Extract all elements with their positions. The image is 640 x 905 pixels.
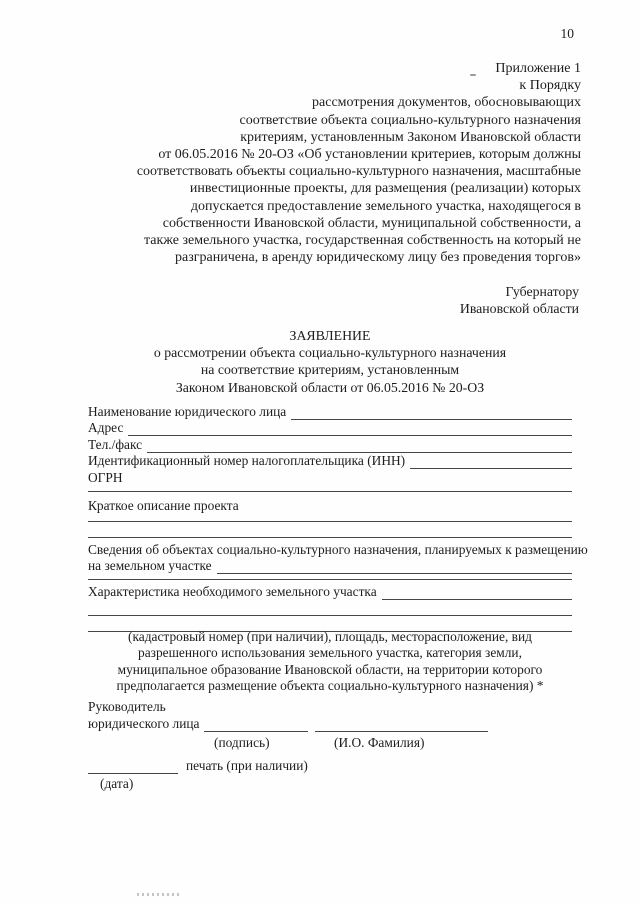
appendix-line: Приложение 1: [21, 60, 581, 77]
blank-line: [88, 579, 572, 580]
date-stamp-block: печать (при наличии) (дата): [88, 758, 308, 792]
blank-line: [291, 419, 572, 420]
signature-captions: (подпись) (И.О. Фамилия): [88, 735, 488, 752]
addressee-block: Губернатору Ивановской области: [460, 283, 579, 317]
field-address-row: Адрес: [88, 420, 572, 437]
field-objects-info-row: Сведения об объектах социально-культурно…: [88, 541, 572, 558]
page-number: 10: [561, 26, 575, 42]
field-description-label: Краткое описание проекта: [88, 498, 239, 514]
blank-line: [88, 537, 572, 538]
date-caption: (дата): [100, 776, 308, 792]
field-objects-info-label: Сведения об объектах социально-культурно…: [88, 542, 588, 558]
appendix-line: собственности Ивановской области, муници…: [21, 215, 581, 232]
field-inn-label: Идентификационный номер налогоплательщик…: [88, 453, 405, 469]
blank-line: [204, 731, 307, 732]
appendix-line: инвестиционные проекты, для размещения (…: [21, 180, 581, 197]
signature-head-label-cont: юридического лица: [88, 716, 199, 732]
appendix-line: рассмотрения документов, обосновывающих: [21, 94, 581, 111]
field-inn-row: Идентификационный номер налогоплательщик…: [88, 453, 572, 470]
blank-line: [88, 491, 572, 492]
signature-head-label: Руководитель: [88, 699, 488, 716]
field-phone-row: Тел./факс: [88, 436, 572, 453]
statement-title-block: ЗАЯВЛЕНИЕ о рассмотрении объекта социаль…: [88, 327, 572, 396]
blank-line: [128, 435, 572, 436]
signature-caption: (подпись): [214, 735, 270, 751]
blank-line: [382, 599, 572, 600]
statement-subtitle: на соответствие критериям, установленным: [88, 361, 572, 378]
appendix-line: критериям, установленным Законом Ивановс…: [21, 129, 581, 146]
field-land-characteristics-row: Характеристика необходимого земельного у…: [88, 583, 572, 600]
field-phone-label: Тел./факс: [88, 437, 142, 453]
field-org-name-label: Наименование юридического лица: [88, 404, 286, 420]
blank-line: [88, 615, 572, 616]
field-address-label: Адрес: [88, 420, 123, 436]
footnote-line: (кадастровый номер (при наличии), площад…: [78, 629, 582, 645]
field-objects-info-cont-label: на земельном участке: [88, 558, 212, 574]
appendix-line: разграничена, в аренду юридическому лицу…: [21, 249, 581, 266]
document-page: 10 Приложение 1 к Порядку рассмотрения д…: [0, 0, 640, 905]
name-caption: (И.О. Фамилия): [334, 735, 424, 751]
footnote-line: муниципальное образование Ивановской обл…: [78, 662, 582, 678]
appendix-line: соответствие объекта социально-культурно…: [21, 112, 581, 129]
statement-heading: ЗАЯВЛЕНИЕ: [88, 327, 572, 344]
appendix-line: к Порядку: [21, 77, 581, 94]
signature-block: Руководитель юридического лица (подпись)…: [88, 699, 488, 752]
appendix-line: допускается предоставление земельного уч…: [21, 198, 581, 215]
blank-line: [88, 521, 572, 522]
field-org-name-row: Наименование юридического лица: [88, 403, 572, 420]
blank-line: [315, 731, 488, 732]
statement-subtitle: о рассмотрении объекта социально-культур…: [88, 344, 572, 361]
appendix-line: соответствовать объекты социально-культу…: [21, 163, 581, 180]
footnote-line: предполагается размещение объекта социал…: [78, 678, 582, 694]
appendix-line: также земельного участка, государственна…: [21, 232, 581, 249]
blank-line: [88, 773, 178, 774]
appendix-header: Приложение 1 к Порядку рассмотрения доку…: [21, 60, 581, 266]
form-fields: Наименование юридического лица Адрес Тел…: [88, 403, 572, 632]
addressee-line: Губернатору: [460, 283, 579, 300]
field-objects-info-cont-row: на земельном участке: [88, 558, 572, 575]
footnote-block: (кадастровый номер (при наличии), площад…: [78, 629, 582, 695]
stamp-label: печать (при наличии): [186, 758, 308, 774]
addressee-line: Ивановской области: [460, 300, 579, 317]
field-description-row: Краткое описание проекта: [88, 498, 572, 515]
signature-row: юридического лица: [88, 716, 488, 732]
field-ogrn-row: ОГРН: [88, 469, 572, 486]
appendix-line: от 06.05.2016 № 20-ОЗ «Об установлении к…: [21, 146, 581, 163]
statement-subtitle: Законом Ивановской области от 06.05.2016…: [88, 379, 572, 396]
footnote-line: разрешенного использования земельного уч…: [78, 645, 582, 661]
blank-line: [217, 573, 572, 574]
date-row: печать (при наличии): [88, 758, 308, 774]
scan-artifact: [137, 893, 181, 896]
blank-line: [410, 468, 572, 469]
field-land-characteristics-label: Характеристика необходимого земельного у…: [88, 584, 377, 600]
scan-artifact: [470, 74, 476, 76]
field-ogrn-label: ОГРН: [88, 470, 123, 486]
